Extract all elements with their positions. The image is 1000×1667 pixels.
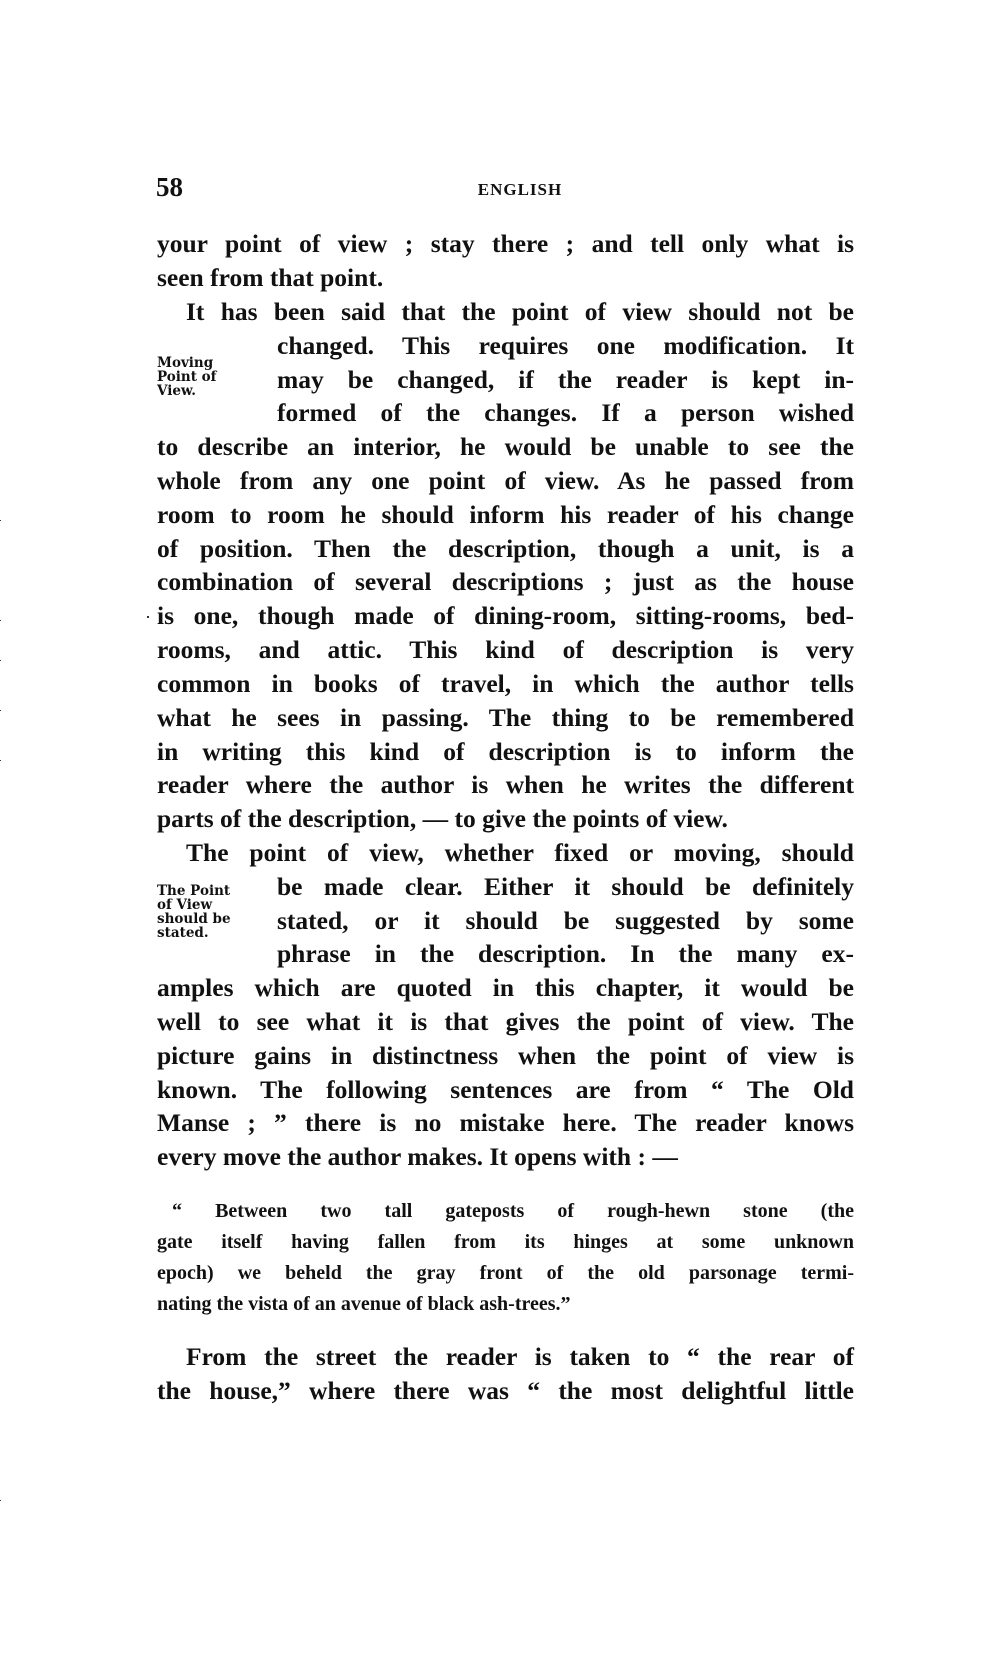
margin-note-point-of-view-stated: The Point of View should be stated.	[157, 884, 267, 940]
scan-speck	[0, 520, 1, 521]
body-line: stated, or it should be suggested by som…	[277, 905, 854, 937]
margin-note-line: should be	[157, 912, 267, 926]
body-line: It has been said that the point of view …	[186, 296, 854, 328]
quote-line: nating the vista of an avenue of black a…	[157, 1289, 854, 1320]
body-line: Manse ; ” there is no mistake here. The …	[157, 1107, 854, 1139]
running-head: ENGLISH	[0, 180, 1000, 200]
body-line: reader where the author is when he write…	[157, 769, 854, 801]
scan-speck	[147, 616, 149, 618]
body-line: your point of view ; stay there ; and te…	[157, 228, 854, 260]
scan-speck	[0, 660, 1, 661]
body-line: what he sees in passing. The thing to be…	[157, 702, 854, 734]
quote-line: gate itself having fallen from its hinge…	[157, 1227, 854, 1258]
body-line: every move the author makes. It opens wi…	[157, 1141, 854, 1173]
margin-note-line: The Point	[157, 884, 267, 898]
body-line: rooms, and attic. This kind of descripti…	[157, 634, 854, 666]
body-line: picture gains in distinctness when the p…	[157, 1040, 854, 1072]
body-line: formed of the changes. If a person wishe…	[277, 397, 854, 429]
body-line: of position. Then the description, thoug…	[157, 533, 854, 565]
margin-note-moving-point-of-view: Moving Point of View.	[157, 356, 267, 398]
body-line: phrase in the description. In the many e…	[277, 938, 854, 970]
scan-speck	[0, 1500, 1, 1501]
body-line: well to see what it is that gives the po…	[157, 1006, 854, 1038]
margin-note-line: Moving	[157, 356, 267, 370]
scan-speck	[0, 620, 1, 621]
book-page: 58 ENGLISH your point of view ; stay the…	[0, 0, 1000, 1667]
quote-line: “ Between two tall gateposts of rough-he…	[172, 1196, 854, 1227]
body-line: room to room he should inform his reader…	[157, 499, 854, 531]
body-line: seen from that point.	[157, 262, 854, 294]
margin-note-line: of View	[157, 898, 267, 912]
body-line: amples which are quoted in this chapter,…	[157, 972, 854, 1004]
scan-speck	[0, 710, 1, 711]
margin-note-line: View.	[157, 384, 267, 398]
body-line: in writing this kind of description is t…	[157, 736, 854, 768]
body-line: may be changed, if the reader is kept in…	[277, 364, 854, 396]
body-line: changed. This requires one modification.…	[277, 330, 854, 362]
body-line: From the street the reader is taken to “…	[186, 1341, 854, 1373]
scan-speck	[0, 760, 1, 761]
body-line: common in books of travel, in which the …	[157, 668, 854, 700]
margin-note-line: Point of	[157, 370, 267, 384]
body-line: be made clear. Either it should be defin…	[277, 871, 854, 903]
body-line: combination of several descriptions ; ju…	[157, 566, 854, 598]
body-line: parts of the description, — to give the …	[157, 803, 854, 835]
body-line: is one, though made of dining-room, sitt…	[157, 600, 854, 632]
body-line: whole from any one point of view. As he …	[157, 465, 854, 497]
body-line: known. The following sentences are from …	[157, 1074, 854, 1106]
body-line: The point of view, whether fixed or movi…	[186, 837, 854, 869]
margin-note-line: stated.	[157, 926, 267, 940]
body-line: to describe an interior, he would be una…	[157, 431, 854, 463]
quote-line: epoch) we beheld the gray front of the o…	[157, 1258, 854, 1289]
body-line: the house,” where there was “ the most d…	[157, 1375, 854, 1407]
